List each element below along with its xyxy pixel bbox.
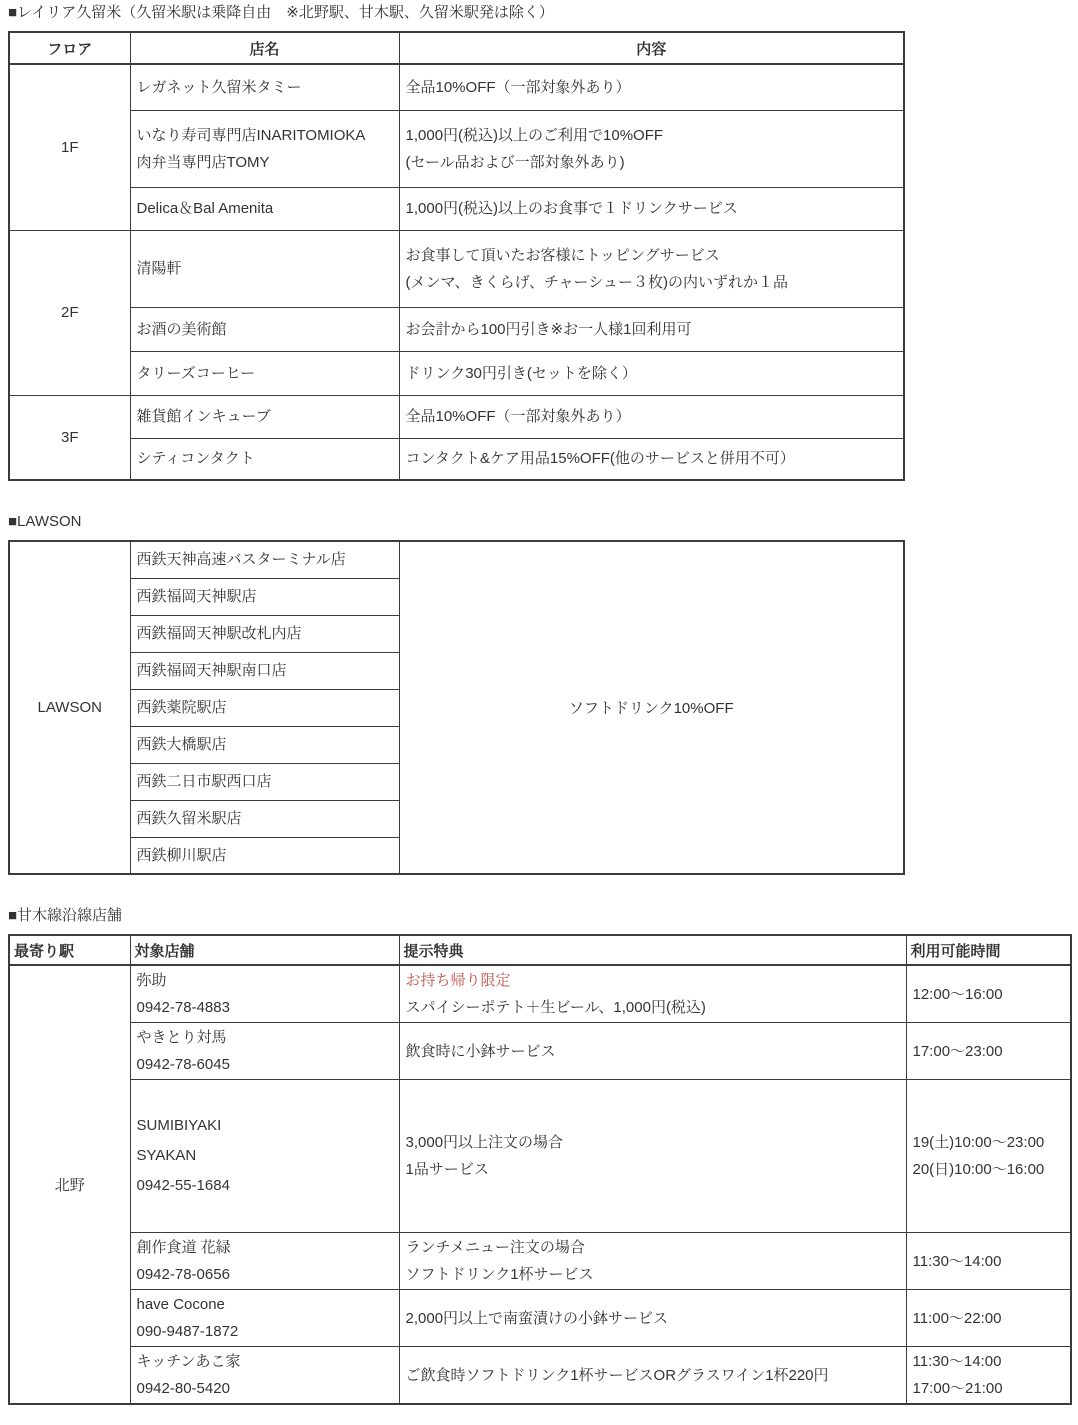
text-line: 創作食道 花緑 <box>137 1234 393 1261</box>
text-line: 3,000円以上注文の場合 <box>406 1129 900 1156</box>
text-line: 清陽軒 <box>137 255 393 282</box>
text-line: 0942-78-0656 <box>137 1261 393 1288</box>
target-store-cell: やきとり対馬 0942-78-6045 <box>130 1023 399 1080</box>
page: ■レイリア久留米（久留米駅は乗降自由 ※北野駅、甘木駅、久留米駅発は除く） フロ… <box>0 0 1078 1425</box>
hours-cell: 11:00～22:00 <box>906 1290 1071 1347</box>
content-cell: ドリンク30円引き(セットを除く） <box>399 351 904 395</box>
store-name-cell: Delica＆Bal Amenita <box>130 187 399 230</box>
text-line: 西鉄大橋駅店 <box>137 731 393 758</box>
table-row: LAWSON 西鉄天神高速バスターミナル店 ソフトドリンク10%OFF <box>9 541 904 578</box>
table-row: 1F レガネット久留米タミー 全品10%OFF（一部対象外あり） <box>9 64 904 110</box>
text-line: 西鉄福岡天神駅南口店 <box>137 657 393 684</box>
text-line: 11:00～22:00 <box>913 1305 1065 1332</box>
content-cell: 1,000円(税込)以上のご利用で10%OFF (セール品および一部対象外あり) <box>399 110 904 187</box>
benefit-cell: 飲食時に小鉢サービス <box>399 1023 906 1080</box>
header-content: 内容 <box>399 32 904 64</box>
store-name-cell: いなり寿司専門店INARITOMIOKA 肉弁当専門店TOMY <box>130 110 399 187</box>
text-line: SUMIBIYAKI <box>137 1111 393 1141</box>
text-line: 弥助 <box>137 967 393 994</box>
store-name-cell: お酒の美術館 <box>130 307 399 351</box>
table-row: SUMIBIYAKI SYAKAN 0942-55-1684 3,000円以上注… <box>9 1080 1071 1233</box>
store-name-cell: タリーズコーヒー <box>130 351 399 395</box>
table-row: いなり寿司専門店INARITOMIOKA 肉弁当専門店TOMY 1,000円(税… <box>9 110 904 187</box>
target-store-cell: SUMIBIYAKI SYAKAN 0942-55-1684 <box>130 1080 399 1233</box>
text-line: 1,000円(税込)以上のご利用で10%OFF <box>406 122 898 149</box>
section-title-leiria: ■レイリア久留米（久留米駅は乗降自由 ※北野駅、甘木駅、久留米駅発は除く） <box>8 3 1078 23</box>
store-name-cell: 雑貨館インキューブ <box>130 395 399 438</box>
leiria-table: フロア 店名 内容 1F レガネット久留米タミー 全品10%OFF（一部対象外あ… <box>8 31 905 481</box>
text-line: やきとり対馬 <box>137 1024 393 1051</box>
text-line: 11:30～14:00 <box>913 1348 1065 1375</box>
hours-cell: 11:30～14:00 <box>906 1233 1071 1290</box>
floor-cell-1f: 1F <box>9 64 130 230</box>
amagi-table: 最寄り駅 対象店舗 提示特典 利用可能時間 北野 弥助 0942-78-4883… <box>8 934 1072 1405</box>
content-cell: コンタクト&ケア用品15%OFF(他のサービスと併用不可） <box>399 438 904 480</box>
table-row: やきとり対馬 0942-78-6045 飲食時に小鉢サービス 17:00～23:… <box>9 1023 1071 1080</box>
table-header-row: フロア 店名 内容 <box>9 32 904 64</box>
table-row: キッチンあこ家 0942-80-5420 ご飲食時ソフトドリンク1杯サービスOR… <box>9 1347 1071 1405</box>
table-row: Delica＆Bal Amenita 1,000円(税込)以上のお食事で１ドリン… <box>9 187 904 230</box>
benefit-cell: お持ち帰り限定 スパイシーポテト＋生ビール、1,000円(税込) <box>399 965 906 1023</box>
lawson-store-cell: 西鉄二日市駅西口店 <box>130 763 399 800</box>
content-cell: 全品10%OFF（一部対象外あり） <box>399 64 904 110</box>
lawson-store-cell: 西鉄福岡天神駅改札内店 <box>130 615 399 652</box>
floor-cell-3f: 3F <box>9 395 130 480</box>
content-cell: 全品10%OFF（一部対象外あり） <box>399 395 904 438</box>
table-header-row: 最寄り駅 対象店舗 提示特典 利用可能時間 <box>9 935 1071 965</box>
text-line: コンタクト&ケア用品15%OFF(他のサービスと併用不可） <box>406 445 898 472</box>
benefit-cell: 2,000円以上で南蛮漬けの小鉢サービス <box>399 1290 906 1347</box>
section-title-lawson: ■LAWSON <box>8 512 1078 532</box>
table-row: タリーズコーヒー ドリンク30円引き(セットを除く） <box>9 351 904 395</box>
brand-cell: LAWSON <box>9 541 130 874</box>
text-line: 0942-78-6045 <box>137 1051 393 1078</box>
table-row: 2F 清陽軒 お食事して頂いたお客様にトッピングサービス (メンマ、きくらげ、チ… <box>9 230 904 307</box>
text-line: 西鉄二日市駅西口店 <box>137 768 393 795</box>
text-line: 西鉄福岡天神駅店 <box>137 583 393 610</box>
header-target-store: 対象店舗 <box>130 935 399 965</box>
store-name-cell: シティコンタクト <box>130 438 399 480</box>
text-line: 西鉄福岡天神駅改札内店 <box>137 620 393 647</box>
header-station: 最寄り駅 <box>9 935 130 965</box>
lawson-store-cell: 西鉄柳川駅店 <box>130 837 399 874</box>
benefit-highlight-line: お持ち帰り限定 <box>406 967 900 994</box>
text-line: 0942-78-4883 <box>137 994 393 1021</box>
text-line: スパイシーポテト＋生ビール、1,000円(税込) <box>406 994 900 1021</box>
header-store: 店名 <box>130 32 399 64</box>
text-line: Delica＆Bal Amenita <box>137 195 393 222</box>
lawson-store-cell: 西鉄福岡天神駅店 <box>130 578 399 615</box>
target-store-cell: have Cocone 090-9487-1872 <box>130 1290 399 1347</box>
lawson-store-cell: 西鉄天神高速バスターミナル店 <box>130 541 399 578</box>
benefit-cell: 3,000円以上注文の場合 1品サービス <box>399 1080 906 1233</box>
table-row: have Cocone 090-9487-1872 2,000円以上で南蛮漬けの… <box>9 1290 1071 1347</box>
text-line: 1品サービス <box>406 1156 900 1183</box>
hours-cell: 17:00～23:00 <box>906 1023 1071 1080</box>
target-store-cell: 弥助 0942-78-4883 <box>130 965 399 1023</box>
text-line: 19(土)10:00～23:00 <box>913 1129 1065 1156</box>
text-line: (メンマ、きくらげ、チャーシュー３枚)の内いずれか１品 <box>406 269 898 296</box>
text-line: お会計から100円引き※お一人様1回利用可 <box>406 316 898 343</box>
station-cell: 北野 <box>9 965 130 1404</box>
text-line: 17:00～23:00 <box>913 1038 1065 1065</box>
benefit-cell: ランチメニュー注文の場合 ソフトドリンク1杯サービス <box>399 1233 906 1290</box>
text-line: タリーズコーヒー <box>137 360 393 387</box>
text-line: ソフトドリンク1杯サービス <box>406 1261 900 1288</box>
header-hours: 利用可能時間 <box>906 935 1071 965</box>
text-line: レガネット久留米タミー <box>137 74 393 101</box>
text-line: (セール品および一部対象外あり) <box>406 149 898 176</box>
table-row: シティコンタクト コンタクト&ケア用品15%OFF(他のサービスと併用不可） <box>9 438 904 480</box>
text-line: シティコンタクト <box>137 445 393 472</box>
lawson-store-cell: 西鉄大橋駅店 <box>130 726 399 763</box>
lawson-store-cell: 西鉄福岡天神駅南口店 <box>130 652 399 689</box>
text-line: 全品10%OFF（一部対象外あり） <box>406 403 898 430</box>
text-line: 西鉄天神高速バスターミナル店 <box>137 546 393 573</box>
text-line: 西鉄久留米駅店 <box>137 805 393 832</box>
lawson-store-cell: 西鉄薬院駅店 <box>130 689 399 726</box>
text-line: have Cocone <box>137 1291 393 1318</box>
hours-cell: 19(土)10:00～23:00 20(日)10:00～16:00 <box>906 1080 1071 1233</box>
text-line: 西鉄柳川駅店 <box>137 842 393 869</box>
text-line: SYAKAN <box>137 1141 393 1171</box>
text-line: 飲食時に小鉢サービス <box>406 1038 900 1065</box>
header-benefit: 提示特典 <box>399 935 906 965</box>
table-row: 3F 雑貨館インキューブ 全品10%OFF（一部対象外あり） <box>9 395 904 438</box>
content-cell: 1,000円(税込)以上のお食事で１ドリンクサービス <box>399 187 904 230</box>
text-line: 090-9487-1872 <box>137 1318 393 1345</box>
text-line: 11:30～14:00 <box>913 1248 1065 1275</box>
text-line: 肉弁当専門店TOMY <box>137 149 393 176</box>
text-line: 雑貨館インキューブ <box>137 403 393 430</box>
table-row: 北野 弥助 0942-78-4883 お持ち帰り限定 スパイシーポテト＋生ビール… <box>9 965 1071 1023</box>
text-line: ご飲食時ソフトドリンク1杯サービスORグラスワイン1杯220円 <box>406 1362 900 1389</box>
target-store-cell: キッチンあこ家 0942-80-5420 <box>130 1347 399 1405</box>
header-floor: フロア <box>9 32 130 64</box>
store-name-cell: レガネット久留米タミー <box>130 64 399 110</box>
text-line: 西鉄薬院駅店 <box>137 694 393 721</box>
lawson-benefit-cell: ソフトドリンク10%OFF <box>399 541 904 874</box>
text-line: いなり寿司専門店INARITOMIOKA <box>137 122 393 149</box>
hours-cell: 12:00～16:00 <box>906 965 1071 1023</box>
lawson-table: LAWSON 西鉄天神高速バスターミナル店 ソフトドリンク10%OFF 西鉄福岡… <box>8 540 905 875</box>
target-store-cell: 創作食道 花緑 0942-78-0656 <box>130 1233 399 1290</box>
text-line: 20(日)10:00～16:00 <box>913 1156 1065 1183</box>
text-line: 全品10%OFF（一部対象外あり） <box>406 74 898 101</box>
text-line: キッチンあこ家 <box>137 1348 393 1375</box>
table-row: 創作食道 花緑 0942-78-0656 ランチメニュー注文の場合 ソフトドリン… <box>9 1233 1071 1290</box>
content-cell: お会計から100円引き※お一人様1回利用可 <box>399 307 904 351</box>
text-line: お酒の美術館 <box>137 316 393 343</box>
benefit-cell: ご飲食時ソフトドリンク1杯サービスORグラスワイン1杯220円 <box>399 1347 906 1405</box>
text-line: 0942-55-1684 <box>137 1171 393 1201</box>
section-title-amagi: ■甘木線沿線店舗 <box>8 906 1078 926</box>
hours-cell: 11:30～14:00 17:00～21:00 <box>906 1347 1071 1405</box>
text-line: ドリンク30円引き(セットを除く） <box>406 360 898 387</box>
text-line: 12:00～16:00 <box>913 981 1065 1008</box>
text-line: 2,000円以上で南蛮漬けの小鉢サービス <box>406 1305 900 1332</box>
text-line: 1,000円(税込)以上のお食事で１ドリンクサービス <box>406 195 898 222</box>
store-name-cell: 清陽軒 <box>130 230 399 307</box>
text-line: ランチメニュー注文の場合 <box>406 1234 900 1261</box>
text-line: お食事して頂いたお客様にトッピングサービス <box>406 242 898 269</box>
content-cell: お食事して頂いたお客様にトッピングサービス (メンマ、きくらげ、チャーシュー３枚… <box>399 230 904 307</box>
table-row: お酒の美術館 お会計から100円引き※お一人様1回利用可 <box>9 307 904 351</box>
text-line: 17:00～21:00 <box>913 1375 1065 1402</box>
floor-cell-2f: 2F <box>9 230 130 395</box>
text-line: 0942-80-5420 <box>137 1375 393 1402</box>
lawson-store-cell: 西鉄久留米駅店 <box>130 800 399 837</box>
